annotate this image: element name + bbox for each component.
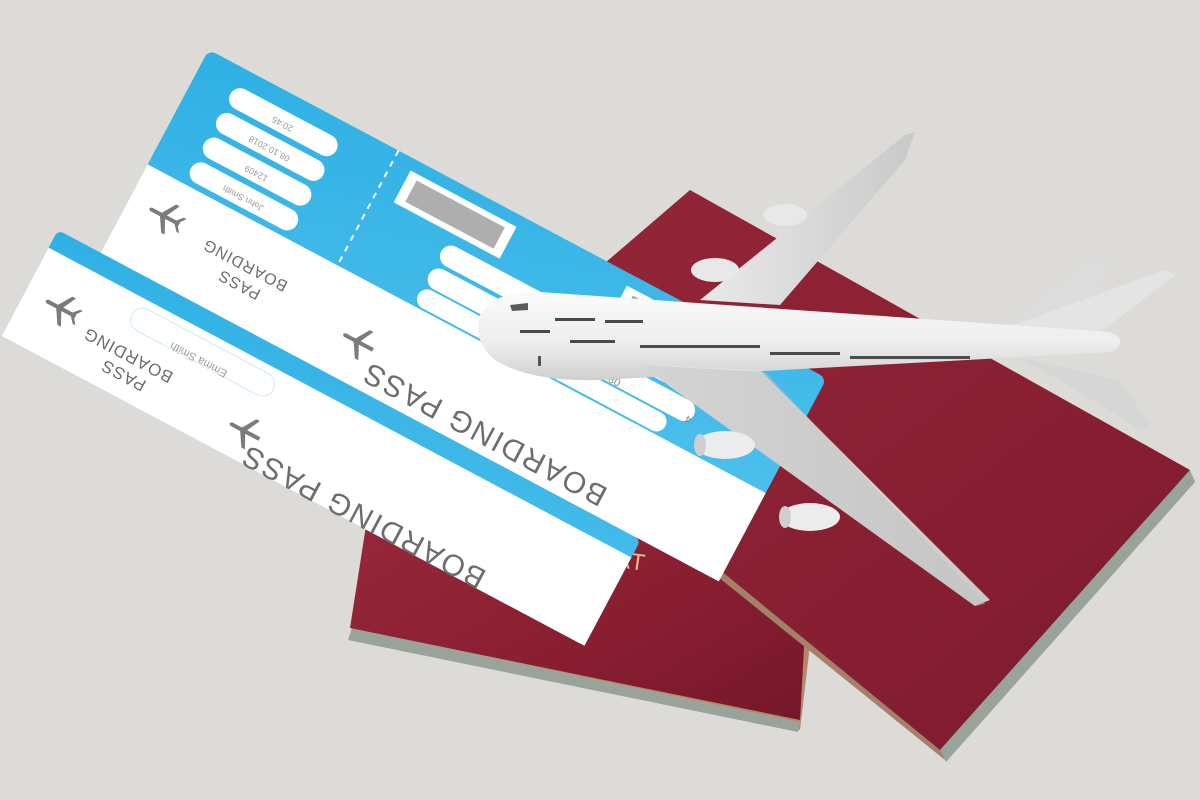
travel-scene: PASZPORT PASSPORT PASSEPORT Emma Smith B… xyxy=(0,0,1200,800)
